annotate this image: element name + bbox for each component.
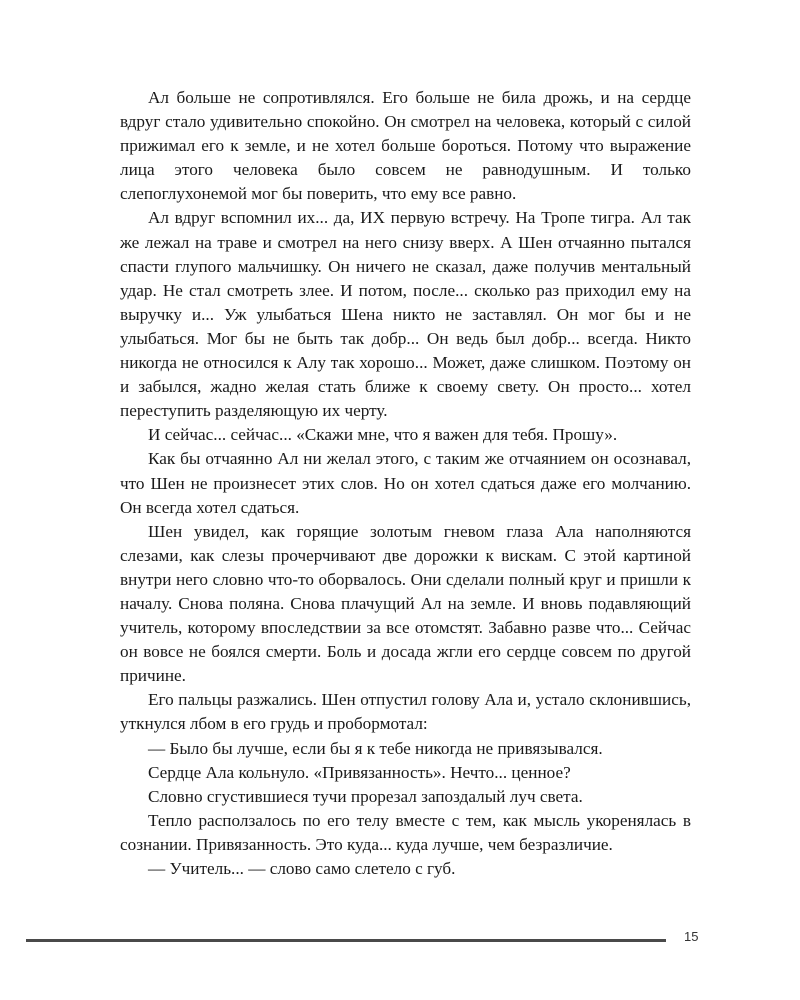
paragraph: Ал больше не сопротивлялся. Его больше н… [120, 86, 691, 206]
body-text: Ал больше не сопротивлялся. Его больше н… [120, 86, 691, 881]
paragraph: Тепло расползалось по его телу вместе с … [120, 809, 691, 857]
paragraph: И сейчас... сейчас... «Скажи мне, что я … [120, 423, 691, 447]
paragraph: Сердце Ала кольнуло. «Привязанность». Не… [120, 761, 691, 785]
paragraph: Шен увидел, как горящие золотым гневом г… [120, 520, 691, 689]
page-number: 15 [684, 929, 698, 944]
book-page: Ал больше не сопротивлялся. Его больше н… [0, 0, 800, 1000]
footer-rule [26, 939, 666, 942]
paragraph: Словно сгустившиеся тучи прорезал запозд… [120, 785, 691, 809]
paragraph: Его пальцы разжались. Шен отпустил голов… [120, 688, 691, 736]
paragraph: Ал вдруг вспомнил их... да, ИХ первую вс… [120, 206, 691, 423]
dialogue-line: — Учитель... — слово само слетело с губ. [120, 857, 691, 881]
paragraph: Как бы отчаянно Ал ни желал этого, с так… [120, 447, 691, 519]
dialogue-line: — Было бы лучше, если бы я к тебе никогд… [120, 737, 691, 761]
